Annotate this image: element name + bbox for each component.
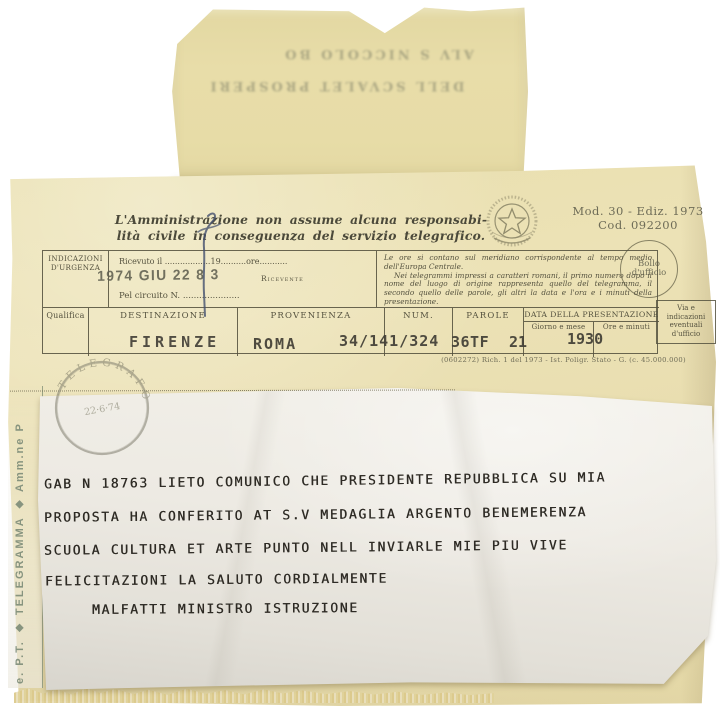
destinazione-value: FIRENZE <box>129 333 220 351</box>
form-disclaimer: L'Amministrazione non assume alcuna resp… <box>112 212 490 243</box>
telegram-scan: ALV S NICCOLO BO DELL SCVALET PROSPERI L… <box>0 0 720 710</box>
data-presentazione-header: DATA DELLA PRESENTAZIONE <box>524 308 659 319</box>
urgency-label-1: INDICAZIONI <box>43 254 108 263</box>
republic-emblem-icon <box>482 194 542 252</box>
parole-value: 36TF <box>451 333 489 351</box>
qualifica-header: Qualifica <box>43 308 88 320</box>
message-line: FELICITAZIONI LA SALUTO CORDIALMENTE <box>45 572 388 590</box>
disclaimer-line-2: lità civile in conseguenza del servizio … <box>112 228 490 244</box>
bleedthrough-text-line: DELL SCVALET PROSPERI <box>206 78 466 93</box>
postmark-arc-text: ·TELEGRAFO· <box>42 343 153 405</box>
form-edge-text: e. P.T. ◆ TELEGRAMMA ◆ Amm.ne P <box>13 388 35 684</box>
giorno-value: 21 <box>509 333 527 351</box>
ore-value: 1930 <box>567 330 603 348</box>
form-edge-strip: e. P.T. ◆ TELEGRAMMA ◆ Amm.ne P <box>8 386 43 688</box>
numbering-note: Nei telegrammi impressi a caratteri roma… <box>384 272 652 307</box>
postmark-date: 22·6·74 <box>83 401 121 418</box>
via-indications-box: Via e indicazioni eventuali d'ufficio <box>656 300 716 344</box>
svg-text:·TELEGRAFO·: ·TELEGRAFO· <box>42 343 153 405</box>
provenienza-value: ROMA <box>253 335 297 353</box>
notes-cell: Le ore si contano sul meridiano corrispo… <box>377 251 659 307</box>
ore-subcolumn: Ore e minuti <box>594 322 659 357</box>
via-label-2: eventuali d'ufficio <box>657 321 715 338</box>
message-signature-line: MALFATTI MINISTRO ISTRUZIONE <box>92 601 359 618</box>
via-label-1: Via e indicazioni <box>657 304 715 321</box>
pen-mark <box>190 208 230 323</box>
form-model-block: Mod. 30 - Ediz. 1973 Cod. 092200 <box>568 204 708 232</box>
print-reference: (0602272) Rich. 1 del 1973 - Ist. Poligr… <box>386 356 686 364</box>
ricevente-label: Ricevente <box>261 274 304 283</box>
num-header: NUM. <box>385 308 452 321</box>
num-value: 34/141/324 <box>339 332 439 350</box>
ore-header: Ore e minuti <box>594 322 659 331</box>
form-model-number: Mod. 30 - Ediz. 1973 <box>568 204 708 218</box>
form-code-number: Cod. 092200 <box>568 218 708 232</box>
disclaimer-line-1: L'Amministrazione non assume alcuna resp… <box>112 212 490 228</box>
telegraph-postmark: ·TELEGRAFO· 22·6·74 <box>46 352 158 464</box>
parole-header: PAROLE <box>453 308 523 321</box>
qualifica-column: Qualifica <box>43 308 89 356</box>
form-table: INDICAZIONI D'URGENZA Ricevuto il ......… <box>42 250 658 354</box>
provenienza-header: PROVENIENZA <box>238 308 384 321</box>
bleedthrough-text-line: ALV S NICCOLO BO <box>248 46 508 61</box>
meridian-note: Le ore si contano sul meridiano corrispo… <box>384 254 652 272</box>
envelope-flap: ALV S NICCOLO BO DELL SCVALET PROSPERI <box>170 4 528 186</box>
